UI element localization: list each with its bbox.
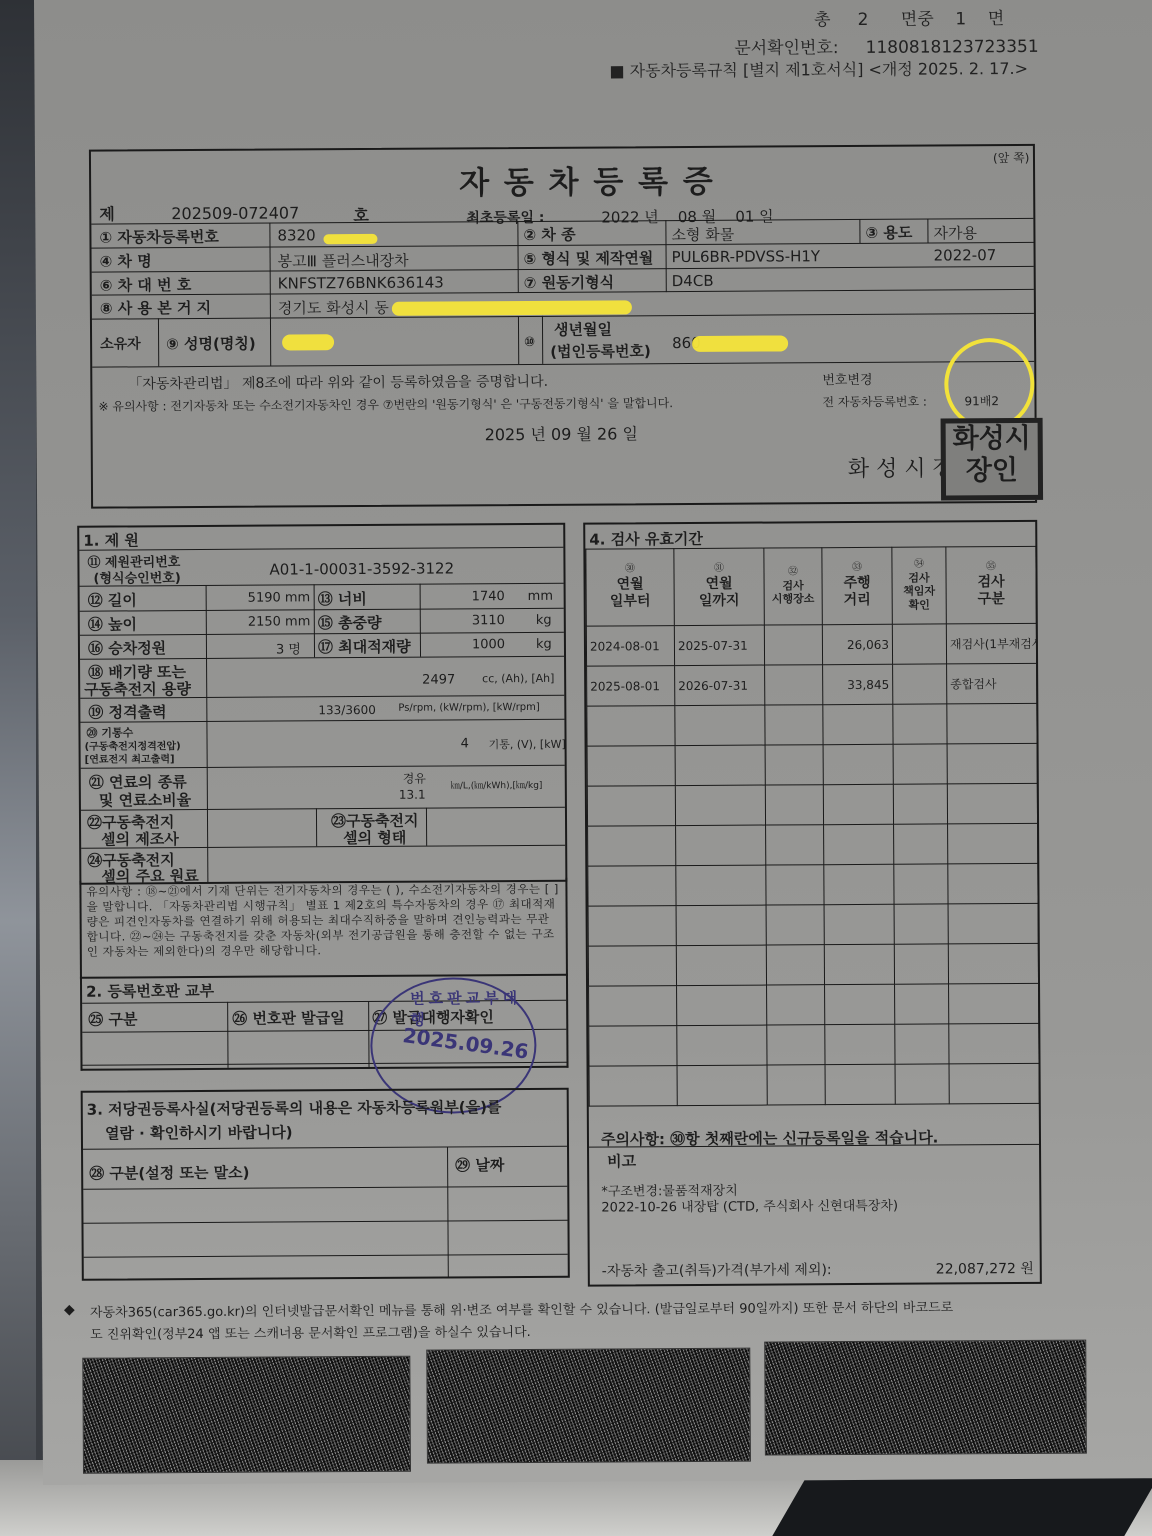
table-cell <box>765 745 823 785</box>
fuel-label-2: 및 연료소비율 <box>99 789 191 811</box>
birth-label-2: (법인등록번호) <box>550 340 651 362</box>
reg-number-value: 8320 <box>277 226 315 244</box>
table-row <box>588 943 1038 986</box>
inspection-title: 4. 검사 유효기간 <box>589 528 703 550</box>
owner-label: 소유자 <box>100 333 141 353</box>
table-cell <box>587 706 675 747</box>
table-cell <box>675 745 765 786</box>
table-cell: 재검사(1부재검사) <box>946 623 1036 664</box>
table-cell <box>824 824 894 864</box>
cyl-unit: 기통, (V), [kW] <box>489 736 566 752</box>
inspection-header: ㉛연월 일까지 <box>674 548 764 626</box>
table-cell: 종합검사 <box>947 663 1037 704</box>
form-reference: ■ 자동차등록규칙 [별지 제1호서식] <개정 2025. 2. 17.> <box>609 56 1028 82</box>
spec-label: ⑰ 최대적재량 <box>318 636 411 658</box>
model-date: 2022-07 <box>934 246 997 264</box>
inspection-header: ㉝주행 거리 <box>822 547 892 624</box>
table-cell <box>588 866 676 907</box>
displacement-label-2: 구동축전지 용량 <box>84 678 191 700</box>
inspection-section: 4. 검사 유효기간 ㉚연월 일부터㉛연월 일까지㉜검사 시행장소㉝주행 거리㉞… <box>583 520 1042 1287</box>
table-cell: 33,845 <box>823 664 893 704</box>
price-label: -자동차 출고(취득)가격(부가세 제외): <box>602 1259 832 1280</box>
2d-barcode-icon <box>426 1348 751 1464</box>
plates-col-type: ㉕ 구분 <box>88 1008 137 1029</box>
table-cell <box>948 863 1038 904</box>
page-of-label: 면중 <box>901 10 934 30</box>
spec-row-3: ⑯ 승차정원 3 명 ⑰ 최대적재량 1000 kg <box>79 525 563 528</box>
stamp-ring-text: 번호판교부대행 <box>410 987 534 1030</box>
page-count: 총 2 면중 1 면 <box>814 4 1004 30</box>
table-row <box>589 1063 1039 1106</box>
table-cell: 26,063 <box>822 624 892 664</box>
spec-label: ⑯ 승차정원 <box>88 637 166 658</box>
mortgage-title-1: 3. 저당권등록사실(저당권등록의 내용은 자동차등록원부(을)를 <box>87 1096 502 1120</box>
table-cell <box>766 905 824 945</box>
background-left <box>0 0 36 1536</box>
header-text: 검사 책임자 확인 <box>894 571 945 613</box>
table-row <box>588 863 1038 906</box>
table-cell <box>589 986 677 1027</box>
table-row <box>588 903 1038 946</box>
fuel-unit: ㎞/L,(㎞/kWh),[㎞/kg] <box>451 778 543 792</box>
table-cell <box>824 864 894 904</box>
header-number: ㉚ <box>587 563 672 576</box>
page-total-label: 총 <box>814 10 831 30</box>
reg-number-label: ① 자동차등록번호 <box>99 226 218 248</box>
header-number: ㉝ <box>823 562 890 575</box>
doc-check-label: 문서확인번호: <box>734 38 838 59</box>
table-cell <box>893 704 947 744</box>
vehicle-type-label: ② 차 종 <box>523 224 575 245</box>
spec-unit: kg <box>536 613 552 628</box>
owner-name-label: ⑨ 성명(명칭) <box>166 333 256 355</box>
cyl-value: 4 <box>461 736 469 751</box>
batt-mfr-label-2: 셀의 제조사 <box>101 828 179 849</box>
redaction-reg-number <box>323 234 377 244</box>
table-cell <box>825 1064 895 1104</box>
header-number: ㉟ <box>947 561 1034 574</box>
table-cell <box>766 865 824 905</box>
spec-unit: kg <box>536 637 552 652</box>
specs-section: 1. 제 원 ⑪ 제원관리번호 (형식승인번호) A01-1-00031-359… <box>77 523 567 885</box>
table-cell <box>676 945 766 986</box>
certificate-title: 자 동 차 등 록 증 <box>459 156 715 203</box>
displacement-value: 2497 <box>422 672 455 687</box>
table-cell <box>765 705 823 745</box>
certify-text: 「자동차관리법」 제8조에 따라 위와 같이 등록하였음을 증명합니다. <box>128 371 548 394</box>
table-cell <box>677 985 767 1026</box>
table-cell <box>893 784 947 824</box>
inspection-grid: ㉚연월 일부터㉛연월 일까지㉜검사 시행장소㉝주행 거리㉞검사 책임자 확인㉟검… <box>585 546 1039 1107</box>
usage-label: ③ 용도 <box>865 222 912 243</box>
table-cell <box>893 744 947 784</box>
footer-line-2: 도 진위확인(정부24 앱 또는 스캐너용 문서확인 프로그램)을 하실수 있습… <box>90 1321 531 1343</box>
page-unit: 면 <box>988 9 1005 29</box>
page-current: 1 <box>955 9 966 29</box>
table-cell: 2025-08-01 <box>587 666 675 707</box>
remarks-label: 비고 <box>607 1150 636 1171</box>
doc-check-number: 1180818123723351 <box>866 37 1039 58</box>
batt-form-label-2: 셀의 형태 <box>343 827 406 848</box>
table-cell <box>588 906 676 947</box>
car-name-value: 봉고Ⅲ 플러스내장차 <box>278 250 409 272</box>
seal-text-top: 화성시 <box>946 423 1038 456</box>
table-cell <box>824 904 894 944</box>
header-number: ㉞ <box>893 559 944 572</box>
spec-row-1: ⑫ 길이 5190 mm ⑬ 너비 1740 mm <box>79 525 563 528</box>
table-cell: 2025-07-31 <box>674 625 764 666</box>
highlight-circle <box>944 338 1035 431</box>
model-label: ⑤ 형식 및 제작연월 <box>524 247 654 269</box>
table-row: 2025-08-012026-07-3133,845종합검사 <box>587 663 1037 706</box>
power-value: 133/3600 <box>318 703 376 717</box>
first-reg-year: 2022 년 <box>601 208 659 226</box>
header-text: 주행 거리 <box>824 575 891 610</box>
prev-number-label: 전 자동차등록번호 : <box>822 393 927 411</box>
table-cell <box>825 984 895 1024</box>
mortgage-section: 3. 저당권등록사실(저당권등록의 내용은 자동차등록원부(을)를 열람 · 확… <box>81 1088 570 1281</box>
engine-value: D4CB <box>672 272 714 290</box>
header-number: ㉜ <box>765 566 820 579</box>
table-row <box>589 1023 1039 1066</box>
table-row: 2024-08-012025-07-3126,063재검사(1부재검사) <box>586 623 1036 666</box>
table-cell <box>949 1023 1039 1064</box>
table-row <box>587 743 1037 786</box>
table-row <box>587 703 1037 746</box>
issue-date: 2025 년 09 월 26 일 <box>485 421 638 445</box>
table-cell <box>589 1066 677 1107</box>
table-cell <box>765 785 823 825</box>
birth-label-1: 생년월일 <box>554 318 612 339</box>
spec-row-2: ⑭ 높이 2150 mm ⑮ 총중량 3110 kg <box>79 525 563 528</box>
spec-label: ⑬ 너비 <box>318 588 367 609</box>
header-text: 연월 일부터 <box>588 576 673 612</box>
table-cell <box>675 705 765 746</box>
base-value: 경기도 화성시 동 <box>278 297 389 319</box>
table-cell <box>895 1064 949 1104</box>
spec-label: ⑮ 총중량 <box>318 612 382 633</box>
vin-value: KNFSTZ76BNK636143 <box>278 274 444 293</box>
base-label: ⑧ 사 용 본 거 지 <box>100 297 211 319</box>
table-cell <box>589 1026 677 1067</box>
plates-col-issue-date: ㉖ 번호판 발급일 <box>232 1007 345 1029</box>
vin-label: ⑥ 차 대 번 호 <box>100 274 192 296</box>
remarks-line-2: 2022-10-26 내장탑 (CTD, 주식회사 신현대특장차) <box>601 1195 898 1216</box>
specs-notice: 유의사항 : ⑱~㉑에서 기재 단위는 전기자동차의 경우는 ( ), 수소전기… <box>86 882 560 960</box>
inspection-header-row: ㉚연월 일부터㉛연월 일까지㉜검사 시행장소㉝주행 거리㉞검사 책임자 확인㉟검… <box>586 546 1036 626</box>
2d-barcode-icon <box>82 1356 411 1474</box>
table-cell <box>893 664 947 704</box>
registration-certificate-paper: 총 2 면중 1 면 문서확인번호: 1180818123723351 ■ 자동… <box>34 0 1152 1485</box>
table-cell <box>894 864 948 904</box>
header-text: 연월 일까지 <box>676 575 763 611</box>
cert-no-prefix: 제 <box>99 202 115 225</box>
table-cell <box>948 903 1038 944</box>
table-cell <box>823 744 893 784</box>
power-unit: Ps/rpm, (kW/rpm), [kW/rpm] <box>398 702 540 714</box>
spec-value: 1740 <box>472 589 505 604</box>
table-cell <box>588 946 676 987</box>
inspection-header: ㉞검사 책임자 확인 <box>892 547 946 624</box>
spec-value: 5190 mm <box>248 590 311 605</box>
table-cell <box>676 905 766 946</box>
mortgage-col-date: ㉙ 날짜 <box>455 1154 504 1175</box>
mortgage-col-type: ㉘ 구분(설정 또는 말소) <box>89 1162 249 1184</box>
engine-label: ⑦ 원동기형식 <box>524 271 615 293</box>
power-label: ⑲ 정격출력 <box>88 701 166 722</box>
table-cell <box>823 784 893 824</box>
mortgage-title-2: 열람 · 확인하시기 바랍니다) <box>105 1121 293 1143</box>
birth-num: ⑩ <box>524 335 535 350</box>
table-cell <box>587 746 675 787</box>
table-cell <box>587 786 675 827</box>
spec-value: 1000 <box>472 637 505 652</box>
first-reg-day: 01 일 <box>735 207 773 225</box>
table-cell <box>765 665 823 705</box>
table-cell <box>894 904 948 944</box>
table-cell: 2024-08-01 <box>586 626 674 667</box>
spec-label: ⑫ 길이 <box>88 589 137 610</box>
2d-barcode-icon <box>764 1340 1087 1456</box>
price-value: 22,087,272 원 <box>936 1258 1034 1279</box>
table-cell <box>949 983 1039 1024</box>
table-row <box>589 983 1039 1026</box>
specs-title: 1. 제 원 <box>83 529 139 550</box>
header-text: 검사 구분 <box>948 574 1035 610</box>
official-seal-icon: 화성시 장인 <box>941 418 1043 501</box>
spec-value: 2150 mm <box>248 614 311 629</box>
redaction-owner-name <box>282 334 334 350</box>
model-value: PUL6BR-PDVSS-H1Y <box>672 247 821 266</box>
certificate-box: 자 동 차 등 록 증 제 202509-072407 호 최초등록일 : 20… <box>89 144 1037 509</box>
table-cell <box>675 785 765 826</box>
specs-notice-box: 유의사항 : ⑱~㉑에서 기재 단위는 전기자동차의 경우는 ( ), 수소전기… <box>79 878 568 979</box>
spec-value: 3 명 <box>276 638 301 657</box>
displacement-unit: cc, (Ah), [Ah] <box>482 672 554 685</box>
table-cell <box>588 826 676 867</box>
inspection-header: ㉜검사 시행장소 <box>764 548 822 625</box>
table-cell <box>894 944 948 984</box>
table-cell <box>767 1025 825 1065</box>
table-cell <box>895 984 949 1024</box>
table-cell <box>895 1024 949 1064</box>
mgmt-value: A01-1-00031-3592-3122 <box>269 559 454 578</box>
mgmt-label-2: (형식승인번호) <box>93 567 180 587</box>
table-cell <box>823 704 893 744</box>
table-cell <box>767 985 825 1025</box>
header-number: ㉛ <box>675 563 762 576</box>
table-cell <box>949 1063 1039 1104</box>
table-cell <box>676 825 766 866</box>
table-cell <box>766 945 824 985</box>
table-cell <box>825 1024 895 1064</box>
number-change-label: 번호변경 <box>822 369 872 388</box>
footer-line-1: 자동차365(car365.go.kr)의 인터넷발급문서확인 메뉴를 통해 위… <box>90 1296 953 1320</box>
table-cell <box>947 783 1037 824</box>
table-cell <box>677 1065 767 1106</box>
table-cell <box>948 943 1038 984</box>
page-total: 2 <box>858 10 869 30</box>
table-cell <box>948 823 1038 864</box>
notice-text: ※ 유의사항 : 전기자동차 또는 수소전기자동차인 경우 ⑦번란의 '원동기형… <box>98 394 673 415</box>
fuel-efficiency: 13.1 <box>399 788 426 802</box>
inspection-header: ㉚연월 일부터 <box>586 549 674 627</box>
spec-label: ⑭ 높이 <box>88 613 137 634</box>
table-cell <box>766 825 824 865</box>
seal-text-bottom: 장인 <box>946 455 1038 488</box>
inspection-header: ㉟검사 구분 <box>946 546 1036 624</box>
table-cell <box>894 824 948 864</box>
spec-value: 3110 <box>472 613 505 628</box>
inspection-table: ㉚연월 일부터㉛연월 일까지㉜검사 시행장소㉝주행 거리㉞검사 책임자 확인㉟검… <box>585 546 1038 1107</box>
table-cell <box>677 1025 767 1066</box>
table-row <box>588 823 1038 866</box>
doc-check: 문서확인번호: 1180818123723351 <box>734 32 1039 59</box>
cyl-label-3: [연료전지 최고출력] <box>85 750 175 766</box>
table-cell <box>767 1065 825 1105</box>
spec-unit: mm <box>528 589 553 604</box>
usage-value: 자가용 <box>933 222 977 243</box>
table-row <box>587 783 1037 826</box>
header-text: 검사 시행장소 <box>766 579 821 607</box>
table-cell <box>892 624 946 664</box>
table-cell <box>947 743 1037 784</box>
table-cell <box>676 865 766 906</box>
redaction-address <box>392 300 632 315</box>
cert-no-value: 202509-072407 <box>171 203 299 223</box>
issuer: 화 성 시 장 <box>848 451 954 483</box>
car-name-label: ④ 차 명 <box>100 250 152 271</box>
table-cell <box>764 625 822 665</box>
plates-title: 2. 등록번호판 교부 <box>86 980 214 1002</box>
footer-bullet: ◆ <box>64 1302 75 1318</box>
table-cell <box>824 944 894 984</box>
redaction-birth <box>692 335 788 352</box>
table-cell <box>947 703 1037 744</box>
table-cell: 2026-07-31 <box>675 665 765 706</box>
vehicle-type-value: 소형 화물 <box>671 224 734 245</box>
fuel-type: 경유 <box>403 770 426 787</box>
